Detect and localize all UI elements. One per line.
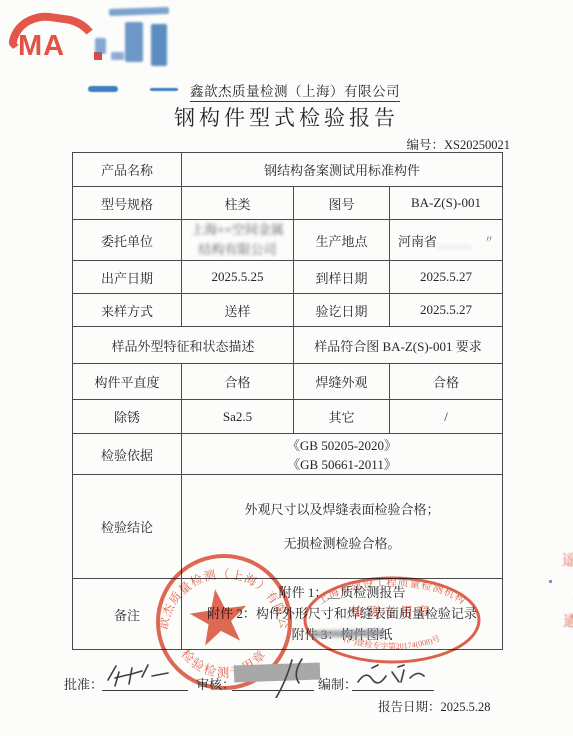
arrival-date-value: 2025.5.27 [390, 261, 503, 294]
report-date-label: 报告日期： [378, 700, 441, 714]
blue-dash-mark [88, 86, 118, 92]
edge-seal-fragment: 遥 [558, 552, 573, 567]
blue-stamp-mark [111, 52, 124, 60]
report-number-value: XS20250021 [444, 138, 510, 152]
basis-value: 《GB 50205-2020》 《GB 50661-2011》 [182, 434, 503, 475]
oval-seal-top-text: 上海市建设工程质量检测机构 [315, 576, 469, 607]
sampling-method-label: 来样方式 [73, 294, 182, 327]
report-date: 报告日期：2025.5.28 [378, 697, 491, 715]
approve-label: 批准： [64, 674, 103, 693]
production-date-value: 2025.5.25 [182, 261, 294, 294]
cma-logo-text: MA [18, 30, 65, 63]
prepare-signature [352, 664, 436, 690]
basis-line1: 《GB 50205-2020》 [184, 435, 500, 454]
cma-accreditation-logo: MA [8, 14, 108, 66]
svg-text:上海市建设工程质量检测机构: 上海市建设工程质量检测机构 [315, 576, 469, 607]
appearance-desc-value: 样品符合图 BA-Z(S)-001 要求 [294, 327, 503, 364]
client-label: 委托单位 [73, 220, 182, 261]
blue-stamp-mark [95, 38, 106, 54]
weld-appearance-label: 焊缝外观 [294, 364, 390, 400]
other-label: 其它 [294, 400, 390, 434]
conclusion-line1: 外观尺寸以及焊缝表面检验合格； [184, 501, 500, 519]
client-value-line1: 上海××空间金属 [184, 220, 291, 240]
drawing-no-label: 图号 [294, 187, 390, 220]
client-value-line2: 结构有限公司 [184, 240, 291, 260]
weld-appearance-value: 合格 [390, 364, 503, 400]
finish-date-value: 2025.5.27 [390, 294, 503, 327]
drawing-no-value: BA-Z(S)-001 [390, 187, 503, 220]
ditto-mark: 〃 [484, 235, 494, 246]
oval-seal-middle-text: 检测专用章 [351, 604, 434, 619]
report-date-value: 2025.5.28 [441, 700, 491, 714]
blue-stamp-mark [109, 7, 169, 16]
product-name-value: 钢结构备案测试用标准构件 [182, 153, 503, 187]
company-name: 鑫歆杰质量检测（上海）有限公司 [190, 80, 400, 102]
model-label: 型号规格 [73, 187, 182, 220]
blue-speck [549, 580, 552, 583]
approve-signature [100, 662, 192, 690]
production-site-redaction: ＿＿＿ [437, 234, 470, 249]
production-date-label: 出产日期 [73, 261, 182, 294]
oval-supervision-seal: 上海市建设工程质量检测机构 检测专用章 (沪)建检专字第20174(008)号 [297, 570, 487, 670]
report-title: 钢构件型式检验报告 [0, 102, 573, 132]
edge-seal-fragment: 、遹 [559, 598, 573, 628]
scanned-report-page: MA 鑫歆杰质量检测（上海）有限公司 钢构件型式检验报告 编号：XS202500… [0, 0, 573, 736]
seal-star-icon [187, 585, 251, 647]
rust-removal-value: Sa2.5 [182, 400, 294, 434]
production-site-value: 河南省＿＿＿〃 [390, 220, 503, 261]
production-site-label: 生产地点 [294, 220, 390, 261]
blue-stamp-mark [151, 24, 167, 66]
model-value: 柱类 [182, 187, 294, 220]
client-value: 上海××空间金属 结构有限公司 [182, 220, 294, 261]
straightness-label: 构件平直度 [73, 364, 182, 400]
other-value: / [390, 400, 503, 434]
gray-handwriting-smudge [312, 629, 384, 637]
sampling-method-value: 送样 [182, 294, 294, 327]
straightness-value: 合格 [182, 364, 294, 400]
basis-line2: 《GB 50661-2011》 [184, 454, 500, 473]
blue-ink-stamp [95, 2, 190, 66]
appearance-desc-label: 样品外型特征和状态描述 [73, 327, 294, 364]
report-number: 编号：XS20250021 [407, 135, 511, 153]
production-site-text: 河南省 [398, 234, 437, 249]
blue-dash-mark [150, 88, 178, 91]
review-signature-redacted [230, 658, 326, 698]
blue-stamp-mark [125, 22, 143, 62]
rust-removal-label: 除锈 [73, 400, 182, 434]
finish-date-label: 验讫日期 [294, 294, 390, 327]
product-name-label: 产品名称 [73, 153, 182, 187]
arrival-date-label: 到样日期 [294, 261, 390, 294]
report-number-label: 编号： [407, 138, 445, 152]
basis-label: 检验依据 [73, 434, 182, 475]
